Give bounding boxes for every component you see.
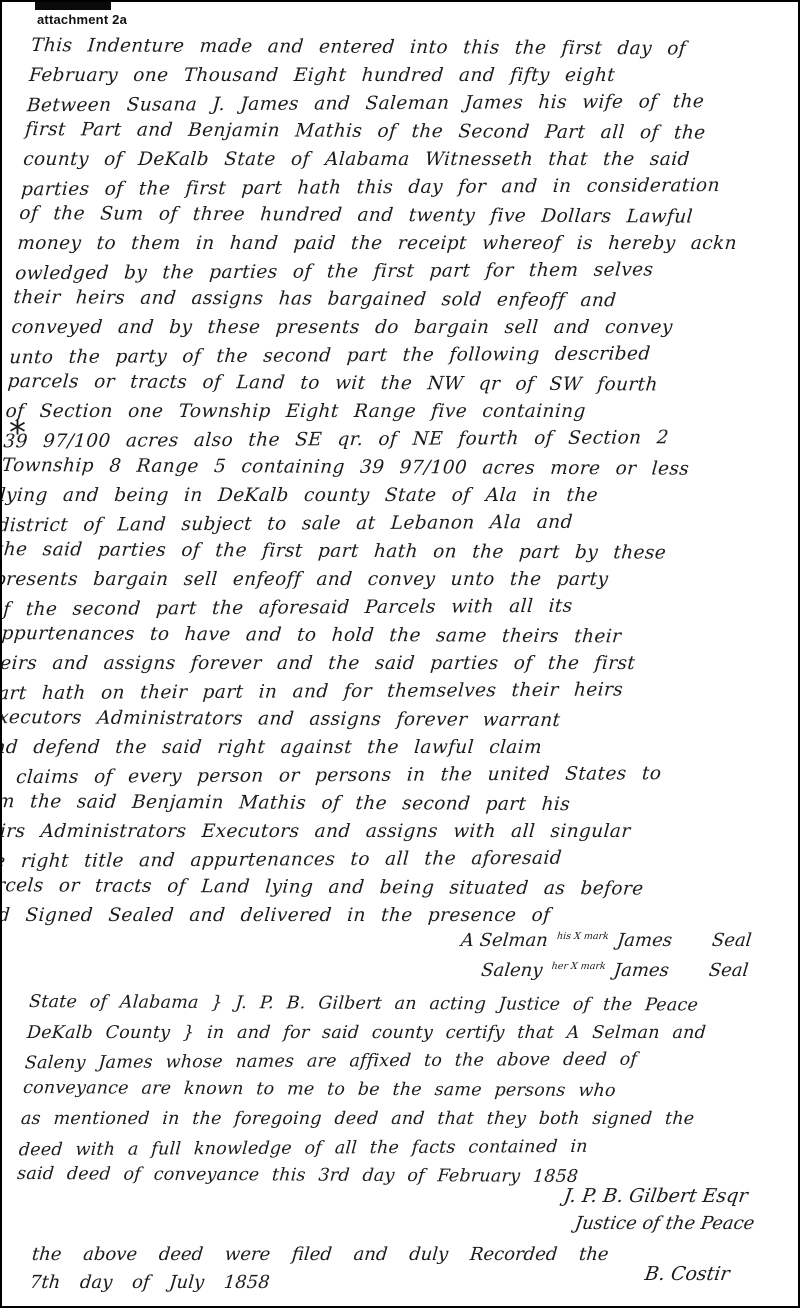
signature-surname: James (616, 930, 673, 951)
seal-annotation: Seal (708, 960, 762, 981)
deed-text-line: money to them in hand paid the receipt w… (16, 230, 766, 258)
deed-text-line: the said parties of the first part hath … (0, 536, 745, 568)
deed-text-line: heirs Administrators Executors and assig… (0, 818, 725, 846)
deed-text-line: unto the party of the second part the fo… (8, 340, 758, 373)
deed-text-line: Executors Administrators and assigns for… (0, 704, 733, 736)
certificate-text-line: State of Alabama } J. P. B. Gilbert an a… (28, 988, 790, 1021)
attachment-label: attachment 2a (37, 12, 127, 27)
deed-text-line: owledged by the parties of the first par… (14, 256, 764, 289)
certificate-text-line: Saleny James whose names are affixed to … (24, 1045, 786, 1078)
signature-mark-note: his X mark (556, 931, 609, 942)
signature-surname: James (613, 960, 670, 981)
signature-row: Saleny her X mark James Seal (419, 960, 762, 990)
deed-text-line: the right title and appurtenances to all… (0, 844, 723, 877)
signature-given-name: Saleny (480, 960, 543, 981)
deed-text-line: 39 97/100 acres also the SE qr. of NE fo… (3, 424, 753, 457)
deed-text-line: parcels or tracts of Land lying and bein… (0, 872, 721, 904)
deed-text-line: This Indenture made and entered into thi… (30, 32, 780, 64)
justice-signature: J. P. B. Gilbert Esqr (563, 1185, 750, 1207)
deed-text-line: first Part and Benjamin Mathis of the Se… (24, 116, 774, 148)
deed-text-line: heirs and assigns forever and the said p… (0, 650, 737, 678)
deed-text-line: of the second part the aforesaid Parcels… (0, 592, 741, 625)
deed-text-line: said Signed Sealed and delivered in the … (0, 902, 719, 930)
signature-mark-note: her X mark (551, 961, 606, 972)
deed-text-line: parcels or tracts of Land to wit the NW … (7, 368, 757, 400)
grantor-signatures: A Selman his X mark James Seal Saleny he… (419, 930, 765, 990)
recorder-signature: B. Costir (644, 1263, 732, 1285)
deed-text-line: district of Land subject to sale at Leba… (0, 508, 747, 541)
deed-text-line: parties of the first part hath this day … (20, 172, 770, 205)
scanned-deed-page: attachment 2a * This Indenture made and … (0, 0, 800, 1308)
deed-text-line: Between Susana J. James and Saleman Jame… (26, 88, 776, 121)
certificate-text-line: as mentioned in the foregoing deed and t… (20, 1105, 782, 1134)
grantor-signature-name: Saleny her X mark James (480, 960, 670, 981)
deed-text-line: Township 8 Range 5 containing 39 97/100 … (1, 452, 751, 484)
recording-note-line: the above deed were filed and duly Recor… (31, 1244, 673, 1265)
deed-text-line: lying and being in DeKalb county State o… (0, 482, 749, 510)
deed-text-line: presents bargain sell enfeoff and convey… (0, 566, 743, 594)
scan-artifact-bar (35, 2, 111, 10)
signature-given-name: A Selman (460, 930, 549, 951)
justice-title: Justice of the Peace (573, 1213, 755, 1234)
deed-body-text: This Indenture made and entered into thi… (0, 34, 780, 930)
certificate-text-line: deed with a full knowledge of all the fa… (18, 1131, 780, 1164)
deed-text-line: or claims of every person or persons in … (0, 760, 729, 793)
deed-text-line: county of DeKalb State of Alabama Witnes… (22, 146, 772, 174)
deed-text-line: part hath on their part in and for thems… (0, 676, 735, 709)
certificate-text-line: conveyance are known to me to be the sam… (22, 1074, 784, 1107)
deed-text-line: of the Sum of three hundred and twenty f… (18, 200, 768, 232)
deed-text-line: their heirs and assigns has bargained so… (12, 284, 762, 316)
signature-row: A Selman his X mark James Seal (422, 930, 765, 960)
seal-annotation: Seal (711, 930, 765, 951)
deed-text-line: appurtenances to have and to hold the sa… (0, 620, 739, 652)
grantor-signature-name: A Selman his X mark James (460, 930, 673, 951)
certificate-text-line: DeKalb County } in and for said county c… (26, 1019, 788, 1048)
notary-certificate-text: State of Alabama } J. P. B. Gilbert an a… (16, 990, 790, 1191)
deed-text-line: February one Thousand Eight hundred and … (28, 62, 778, 90)
deed-text-line: and defend the said right against the la… (0, 734, 731, 762)
deed-text-line: him the said Benjamin Mathis of the seco… (0, 788, 727, 820)
deed-text-line: conveyed and by these presents do bargai… (10, 314, 760, 342)
recording-date-line: 7th day of July 1858 (29, 1272, 270, 1293)
deed-text-line: of Section one Township Eight Range five… (5, 398, 755, 426)
